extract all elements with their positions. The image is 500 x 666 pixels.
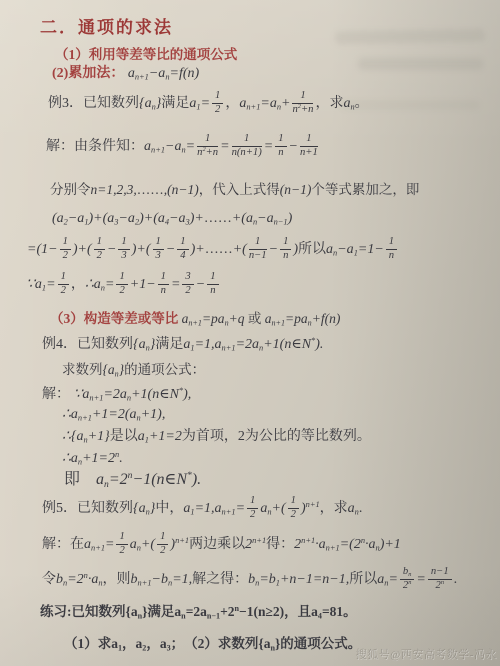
fraction-denominator: 3 [153, 250, 164, 262]
example-4-ask-segment: 求数列{an}的通项公式： [62, 362, 205, 377]
text-run: 例3．已知数列 [48, 96, 139, 111]
example-3-solution-4-segment: =(1−12)+(12−13)+(13−14)+……+(1n−1−1n)所以an… [27, 242, 399, 257]
example-3-solution-5-segment: ∵a1=12，∴an=12+1−1n=32−1n [26, 277, 221, 292]
text-run: +1), [141, 407, 166, 422]
text-run: = [220, 139, 229, 154]
text-run: =2a [236, 337, 259, 352]
fraction-denominator: n+1 [300, 147, 318, 159]
text-run: − [107, 242, 116, 257]
text-run: ) [288, 211, 293, 226]
example-3-solution-1: 解：由条件知：an+1−an=1n2+n=1n(n+1)=1n−1n+1 [46, 135, 320, 159]
text-run: +f(n) [312, 311, 341, 326]
heading-method-2: (2)累加法： an+1−an=f(n) [52, 66, 199, 83]
text-run: (a [52, 211, 64, 226]
text-run: 3 [156, 250, 161, 261]
example-4-solution-2-segment: ∴an+1+1=2(an+1), [62, 407, 165, 422]
subscript: n+1 [78, 414, 92, 423]
example-3-solution-3-segment: (a2−a1)+(a3−a2)+(a4−a3)+……+(an−an−1) [52, 211, 292, 226]
text-run: +n [301, 104, 313, 115]
text-run: 令 [42, 572, 56, 587]
fraction-numerator: 1 [94, 237, 105, 250]
text-run: )+(a [139, 211, 165, 226]
fraction-numerator: 1 [232, 134, 262, 147]
text-run: +(a [232, 211, 253, 226]
example-4-solution-5: 即 an=2n−1(n∈N*). [64, 471, 201, 490]
superscript: n+1 [252, 536, 266, 545]
text-run: 解之得： [192, 572, 248, 587]
text-run: 满足 [161, 96, 189, 111]
example-4-solution-1: 解： ∵an+1=2an+1(n∈N*), [42, 387, 191, 404]
subscript: n+1 [89, 394, 103, 403]
text-run: 1 [119, 531, 124, 542]
fraction-denominator: n [280, 250, 291, 262]
text-run: （1）求a [64, 636, 118, 651]
text-run: (n−1) [280, 182, 312, 197]
text-run: ，求 [315, 96, 343, 111]
fraction: n−12n [428, 567, 452, 591]
fraction-numerator: 1 [197, 134, 218, 147]
text-run: 。 [355, 96, 369, 111]
text-run: +n−1=n−1, [280, 572, 349, 587]
text-run: b [131, 572, 138, 587]
fraction-denominator: n [386, 250, 397, 262]
text-run: 1 [306, 133, 311, 144]
heading-method-3-segment: （3）构造等差或等比 [50, 311, 182, 326]
practice-problem-segment: 练习:已知数列{an}满足an=2an−1+2n−1(n≥2)，且a4=81。 [40, 604, 357, 619]
text-run: ∴a [62, 451, 78, 466]
text-run: +1=2 [82, 451, 115, 466]
text-run: …… [205, 242, 233, 257]
text-run: =1,a [195, 501, 222, 516]
text-run: − [166, 242, 175, 257]
text-run: b [56, 572, 63, 587]
text-run: a [128, 66, 135, 81]
fraction: 32 [182, 272, 193, 296]
text-run: 3 [185, 271, 190, 282]
fraction-numerator: 3 [182, 272, 193, 285]
text-run: 2 [63, 250, 68, 261]
example-3-solution-5: ∵a1=12，∴an=12+1−1n=32−1n [26, 273, 221, 297]
text-run: −a [165, 139, 181, 154]
text-run: ，则 [103, 572, 131, 587]
text-run: + [281, 96, 290, 111]
text-run: }满足a [142, 604, 181, 619]
text-run: ∵a [26, 277, 42, 292]
fraction-denominator: 2 [60, 250, 71, 262]
text-run: +1− [130, 277, 156, 292]
subscript: n+1 [91, 544, 105, 553]
fraction-denominator: n2+n [292, 104, 313, 116]
text-run: n(n+1) [232, 147, 262, 158]
text-run: a [96, 471, 104, 488]
text-run: =1,a [195, 337, 222, 352]
text-run: . [119, 451, 123, 466]
text-run: 1 [291, 495, 296, 506]
example-5-segment: 例5．已知数列{an}中，a1=1,an+1=12an+(12)n+1，求an. [42, 501, 362, 516]
fraction: 12 [58, 272, 69, 296]
text-run: −b [152, 572, 168, 587]
text-run: −a [257, 211, 273, 226]
text-run: n+1 [300, 147, 318, 158]
fraction-numerator: 1 [288, 496, 299, 509]
text-run: . [454, 572, 458, 587]
text-run: a [84, 537, 91, 552]
text-run: 1 [255, 236, 260, 247]
text-run: 为首项，2为公比的等比数列。 [182, 429, 371, 444]
text-run: ). [192, 471, 201, 488]
text-run: 2 [97, 250, 102, 261]
text-run: 的通项公式： [124, 362, 205, 377]
text-run: ，a [122, 636, 142, 651]
text-run: 4 [180, 250, 185, 261]
example-5-solution-1-segment: 解：在an+1=12an+(12)n+1两边乘以2n+1得：2n+1·an+1=… [42, 537, 401, 552]
text-run: =a [260, 96, 276, 111]
text-run: 例5．已知数列 [42, 501, 133, 516]
superscript: n+1 [175, 536, 189, 545]
page-title: 二．通项的求法 [40, 13, 173, 38]
fraction: 1n [158, 272, 169, 296]
text-run: ，求 [320, 501, 348, 516]
example-5-solution-2: 令bn=2n·an，则bn+1−bn=1,解之得：bn=b1+n−1=n−1,所… [42, 568, 457, 592]
fraction-denominator: n−1 [249, 250, 267, 262]
fraction-numerator: 1 [386, 237, 397, 250]
text-run: {a [103, 362, 115, 377]
subscript: n+1 [222, 344, 236, 353]
fraction-numerator: 1 [275, 134, 286, 147]
text-run: +q [229, 311, 245, 326]
text-run: ,(n−1) [164, 182, 199, 197]
superscript: n [441, 579, 444, 586]
text-run: {a [133, 337, 146, 352]
watermark-text: 搜狐号@西安高考数学-冯永 [356, 646, 497, 662]
example-4-solution-3-segment: ∴{an+1}是以a1+1=2为首项，2为公比的等比数列。 [62, 429, 371, 444]
text-run: ∴a [62, 407, 78, 422]
fraction: 12 [288, 496, 299, 520]
example-4-solution-4-segment: ∴an+1=2n. [62, 451, 123, 466]
text-run: −a [118, 211, 134, 226]
text-run: =2a [186, 604, 207, 619]
text-run: = [416, 572, 425, 587]
example-4-solution-1-segment: 解： ∵an+1=2an+1(n∈N*), [42, 387, 191, 402]
subscript: n+1 [246, 103, 260, 112]
text-run: a [326, 242, 333, 257]
superscript: n [408, 579, 411, 586]
text-run: ·a [315, 537, 326, 552]
subscript: n [408, 571, 411, 578]
fraction-numerator: 1 [247, 496, 258, 509]
text-run: ·a [88, 572, 99, 587]
text-run: +1=2(a [92, 407, 137, 422]
practice-questions-segment: （1）求a1，a2，a3； （2）求数列{an}的通项公式。 [64, 636, 361, 651]
practice-questions: （1）求a1，a2，a3； （2）求数列{an}的通项公式。 [64, 636, 361, 652]
text-run: +1} [88, 429, 110, 444]
text-run: 2 [250, 509, 255, 520]
text-run: 得： [266, 537, 294, 552]
heading-method-3: （3）构造等差或等比 an+1=pan+q 或 an+1=pan+f(n) [50, 311, 340, 327]
text-run: ·a [365, 537, 376, 552]
text-run: +n [206, 147, 218, 158]
example-3-solution-2-segment: 分别令n=1,2,3,……,(n−1)，代入上式得(n−1)个等式累加之，即 [50, 182, 419, 197]
text-run: 1 [63, 236, 68, 247]
example-4-solution-5-segment: 即 an=2n−1(n∈N*). [64, 471, 201, 488]
text-run: 1 [121, 236, 126, 247]
example-3: 例3．已知数列{an}满足a1=12，an+1=an+1n2+n，求an。 [48, 92, 369, 116]
fraction: 1n [207, 272, 218, 296]
fraction-numerator: 1 [177, 237, 188, 250]
fraction-numerator: 1 [60, 237, 71, 250]
subscript: n−1 [207, 612, 220, 621]
text-run: 解：由条件知： [46, 139, 144, 154]
subscript: n+1 [151, 146, 165, 155]
example-4-solution-2: ∴an+1+1=2(an+1), [62, 407, 165, 424]
text-run: +1(n∈N [263, 337, 311, 352]
text-run: n [210, 285, 215, 296]
text-run: ∴a [85, 277, 101, 292]
text-run: . [359, 501, 363, 516]
fraction-denominator: 2n [428, 580, 452, 592]
text-run: 3 [121, 250, 126, 261]
text-run: +1=2 [149, 429, 182, 444]
example-3-solution-4: =(1−12)+(12−13)+(13−14)+……+(1n−1−1n)所以an… [27, 238, 399, 262]
subscript: n+1 [138, 579, 152, 588]
text-run: 1 [300, 90, 305, 101]
fraction-denominator: 2 [94, 250, 105, 262]
superscript: n+1 [301, 536, 315, 545]
text-run: ), [183, 387, 191, 402]
fraction-numerator: 1 [300, 134, 318, 147]
fraction-numerator: 1 [158, 272, 169, 285]
fraction-denominator: 2 [182, 285, 193, 297]
fraction-denominator: 2 [157, 545, 168, 557]
text-run: ∴{a [62, 429, 84, 444]
fraction-denominator: n [158, 285, 169, 297]
fraction: 12 [157, 532, 168, 556]
text-run: −1(n≥2)，且a [239, 604, 318, 619]
text-run: 2 [291, 509, 296, 520]
fraction: 1n−1 [249, 237, 267, 261]
subscript: n+1 [188, 319, 202, 328]
text-run: − [196, 277, 205, 292]
text-run: n−1 [431, 566, 449, 577]
subscript: n+1 [222, 508, 236, 517]
fraction: bn2n [400, 567, 415, 591]
fraction-numerator: 1 [280, 237, 291, 250]
fraction: 1n2+n [292, 91, 313, 115]
example-3-solution-1-segment: 解：由条件知：an+1−an=1n2+n=1n(n+1)=1n−1n+1 [46, 139, 320, 154]
text-run: =pa [202, 311, 225, 326]
text-run: n [161, 285, 166, 296]
text-run: ，代入上式得 [199, 182, 280, 197]
text-run: {a [133, 501, 146, 516]
fraction: 14 [177, 237, 188, 261]
subscript: n+1 [271, 319, 285, 328]
text-run: 1 [119, 271, 124, 282]
fraction: 1n(n+1) [232, 134, 262, 158]
fraction: 12 [212, 91, 223, 115]
text-run: 1 [205, 133, 210, 144]
text-run: 1 [210, 271, 215, 282]
text-run: = [186, 139, 195, 154]
fraction-numerator: bn [400, 567, 415, 580]
text-run: ， [71, 277, 85, 292]
text-run: ，a [146, 636, 166, 651]
text-run: −1(n∈N [132, 471, 187, 488]
fraction-numerator: 1 [153, 237, 164, 250]
text-run: +2 [220, 604, 234, 619]
fraction-denominator: n(n+1) [232, 147, 262, 159]
fraction: 12 [60, 237, 71, 261]
example-5-solution-1: 解：在an+1=12an+(12)n+1两边乘以2n+1得：2n+1·an+1=… [42, 533, 401, 557]
fraction-denominator: n [207, 285, 218, 297]
text-run: n=1,2,3, [91, 182, 137, 197]
text-run: n−1 [249, 250, 267, 261]
text-run: n [283, 250, 288, 261]
text-run: 解：在 [42, 537, 84, 552]
text-run: =1− [358, 242, 384, 257]
text-run: 1 [215, 90, 220, 101]
text-run: a [348, 501, 355, 516]
text-run: = [388, 572, 397, 587]
fraction: 12 [94, 237, 105, 261]
text-run: )+( [73, 242, 92, 257]
text-run: )+1 [380, 537, 401, 552]
text-run: 2 [61, 285, 66, 296]
text-run: )+( [132, 242, 151, 257]
heading-method-1-segment: （1）利用等差等比的通项公式 [55, 47, 237, 62]
fraction-numerator: 1 [249, 237, 267, 250]
text-run: +1(n∈N [131, 387, 179, 402]
subscript: n+1 [135, 73, 149, 82]
text-run: − [289, 139, 298, 154]
fraction: 13 [118, 237, 129, 261]
fraction: 12 [247, 496, 258, 520]
fraction-numerator: 1 [212, 91, 223, 104]
text-run: =1, [172, 572, 192, 587]
text-run: 1 [283, 236, 288, 247]
heading-method-1: （1）利用等差等比的通项公式 [55, 47, 237, 63]
text-run: =(2 [340, 537, 361, 552]
text-run: 所以 [349, 572, 377, 587]
example-4-solution-3: ∴{an+1}是以a1+1=2为首项，2为公比的等比数列。 [62, 429, 371, 446]
text-run: =2a [103, 387, 126, 402]
text-run: −a [68, 211, 84, 226]
text-run: …… [204, 211, 232, 226]
text-run: )+ [191, 242, 205, 257]
fraction-numerator: 1 [292, 91, 313, 104]
fraction-numerator: 1 [116, 272, 127, 285]
subscript: n−1 [274, 218, 288, 227]
fraction-denominator: 2 [58, 285, 69, 297]
example-3-solution-3: (a2−a1)+(a3−a2)+(a4−a3)+……+(an−an−1) [52, 211, 292, 228]
text-run: +( [272, 501, 286, 516]
text-run: 1 [180, 236, 185, 247]
fraction-denominator: 2n [400, 580, 415, 592]
fraction: 12 [116, 272, 127, 296]
heading-method-3-segment: an+1=pan+q 或 an+1=pan+f(n) [182, 311, 341, 326]
text-run: a [138, 429, 145, 444]
text-run: 1 [244, 133, 249, 144]
example-4-ask: 求数列{an}的通项公式： [62, 362, 205, 378]
text-run: =2 [109, 471, 128, 488]
page-bleedthrough-mark [358, 58, 483, 70]
practice-problem: 练习:已知数列{an}满足an=2an−1+2n−1(n≥2)，且a4=81。 [40, 604, 357, 620]
text-run: 1 [156, 236, 161, 247]
text-run: 2 [160, 545, 165, 556]
text-run: −a [169, 211, 185, 226]
fraction-denominator: 4 [177, 250, 188, 262]
fraction-numerator: n−1 [428, 567, 452, 580]
text-run: = [201, 96, 210, 111]
fraction: 1n+1 [300, 134, 318, 158]
example-5-solution-2-segment: 令bn=2n·an，则bn+1−bn=1,解之得：bn=b1+n−1=n−1,所… [42, 572, 457, 587]
text-run: = [105, 277, 114, 292]
heading-method-2-segment: an+1−an=f(n) [124, 66, 199, 81]
text-run: （3）构造等差或等比 [50, 311, 182, 326]
text-run: 所以 [298, 242, 326, 257]
text-run: 2 [119, 545, 124, 556]
text-run: =b [259, 572, 275, 587]
text-run: 练习:已知数列{a [40, 604, 138, 619]
text-run: 解： [42, 387, 74, 402]
fraction: 1n [280, 237, 291, 261]
page-bleedthrough-mark [335, 29, 485, 45]
text-run: 满足 [155, 337, 183, 352]
superscript: n+1 [306, 500, 320, 509]
text-run: 中， [155, 501, 183, 516]
text-run: a [144, 139, 151, 154]
text-run: 是以 [110, 429, 138, 444]
text-run: ， [225, 96, 239, 111]
text-run: = [46, 277, 55, 292]
fraction-denominator: 2 [212, 104, 223, 116]
text-run: ； （2）求数列{a [171, 636, 271, 651]
text-run: 例4．已知数列 [42, 337, 133, 352]
fraction-denominator: 2 [116, 285, 127, 297]
text-run: n [389, 250, 394, 261]
text-run: ∵a [74, 387, 90, 402]
fraction-numerator: 1 [116, 532, 127, 545]
text-run: a [130, 537, 137, 552]
fraction-denominator: 2 [247, 509, 258, 521]
text-run: }的通项公式。 [275, 636, 361, 651]
fraction: 13 [153, 237, 164, 261]
text-run: 1 [61, 271, 66, 282]
text-run: =2 [67, 572, 83, 587]
fraction-denominator: 2 [288, 509, 299, 521]
text-run: 1 [389, 236, 394, 247]
text-run: 分别令 [50, 182, 91, 197]
text-run: =f(n) [170, 66, 200, 81]
example-4-solution-4: ∴an+1=2n. [62, 451, 123, 468]
text-run: 2 [215, 104, 220, 115]
fraction-numerator: 1 [207, 272, 218, 285]
text-run: 个等式累加之，即 [311, 182, 419, 197]
text-run: = [264, 139, 273, 154]
text-run: )+ [190, 211, 204, 226]
fraction-denominator: n [275, 147, 286, 159]
text-run: +( [141, 537, 155, 552]
text-run: = [171, 277, 180, 292]
text-run: 即 [64, 471, 96, 488]
text-run: 2 [185, 285, 190, 296]
fraction-denominator: 2 [116, 545, 127, 557]
text-run: 两边乘以 [189, 537, 245, 552]
heading-method-2-segment: (2)累加法： [52, 66, 124, 81]
text-run: 1 [250, 495, 255, 506]
fraction-numerator: 1 [157, 532, 168, 545]
fraction: 12 [116, 532, 127, 556]
subscript: n+1 [326, 544, 340, 553]
